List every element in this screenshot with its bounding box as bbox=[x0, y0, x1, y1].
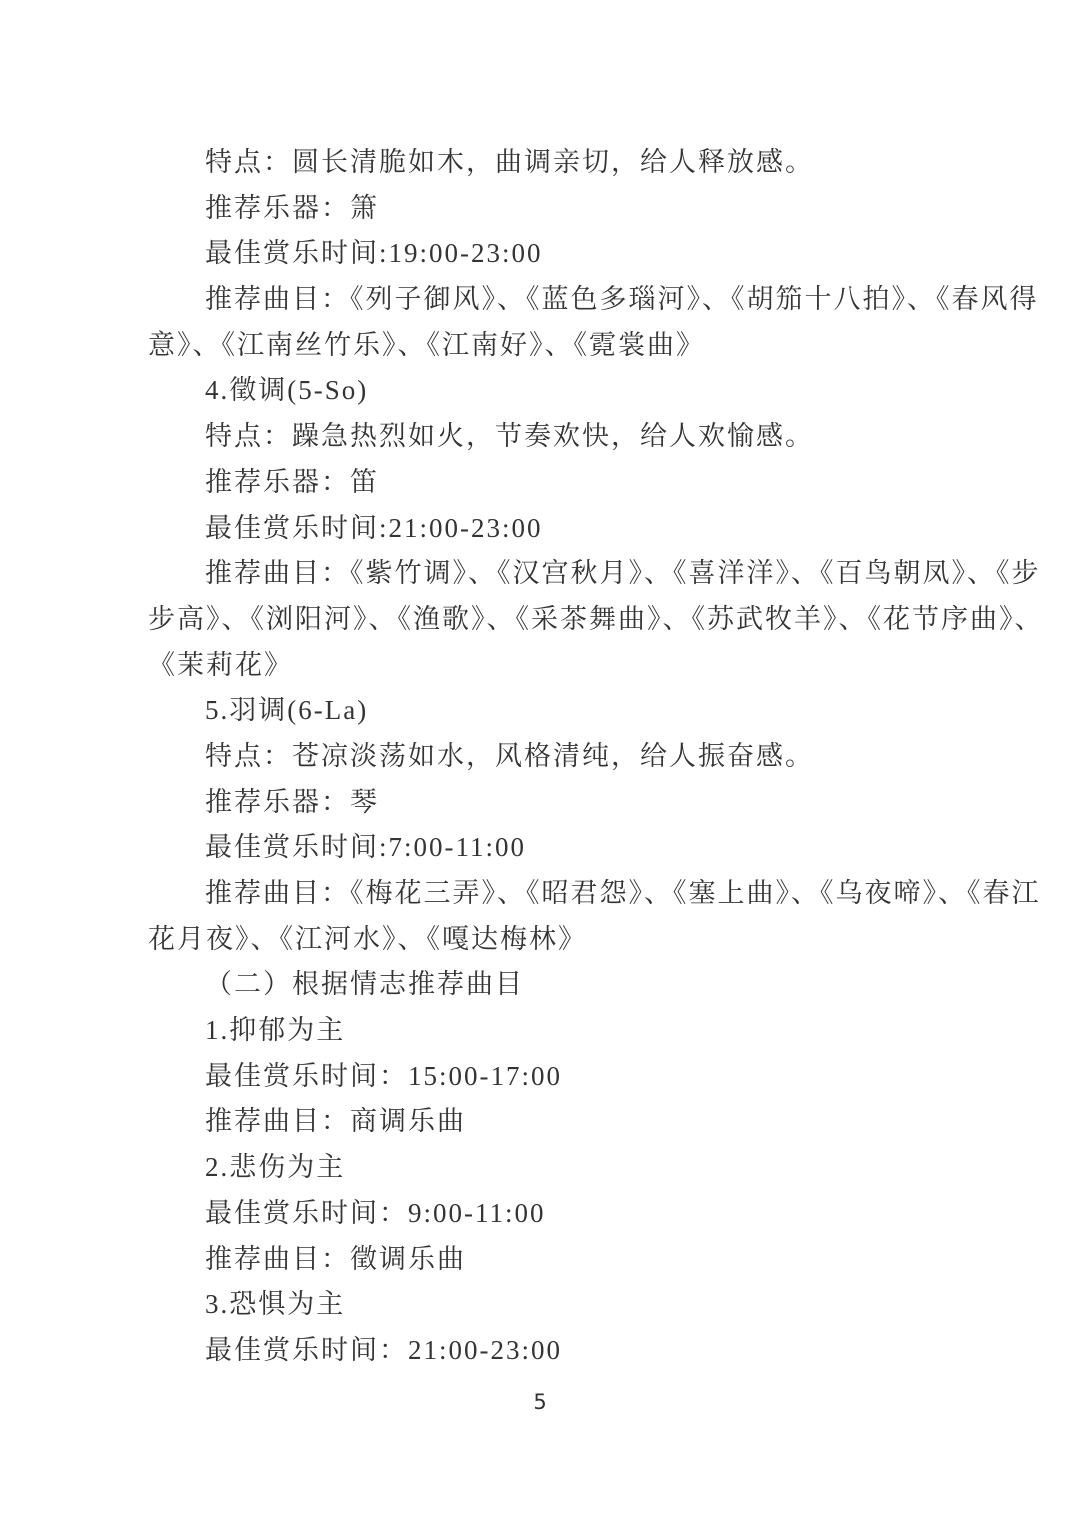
document-page: 特点：圆长清脆如木，曲调亲切，给人释放感。推荐乐器：箫最佳赏乐时间:19:00-… bbox=[0, 0, 1080, 1527]
text-line: 最佳赏乐时间:7:00-11:00 bbox=[148, 825, 948, 871]
text-line: 最佳赏乐时间：15:00-17:00 bbox=[148, 1054, 948, 1100]
text-line: 花月夜》、《江河水》、《嘎达梅林》 bbox=[148, 917, 948, 963]
text-line: 特点：苍凉淡荡如水，风格清纯，给人振奋感。 bbox=[148, 734, 948, 780]
text-line: 5.羽调(6-La) bbox=[148, 688, 948, 734]
text-line: 3.恐惧为主 bbox=[148, 1282, 948, 1328]
text-line: 最佳赏乐时间：9:00-11:00 bbox=[148, 1191, 948, 1237]
text-line: 步高》、《浏阳河》、《渔歌》、《采茶舞曲》、《苏武牧羊》、《花节序曲》、 bbox=[148, 597, 948, 643]
text-line: 最佳赏乐时间:19:00-23:00 bbox=[148, 231, 948, 277]
text-line: 《茉莉花》 bbox=[148, 643, 948, 689]
text-line: 最佳赏乐时间:21:00-23:00 bbox=[148, 506, 948, 552]
text-line: 1.抑郁为主 bbox=[148, 1008, 948, 1054]
text-line: 特点：圆长清脆如木，曲调亲切，给人释放感。 bbox=[148, 140, 948, 186]
text-line: 推荐曲目：商调乐曲 bbox=[148, 1099, 948, 1145]
text-line: 意》、《江南丝竹乐》、《江南好》、《霓裳曲》 bbox=[148, 323, 948, 369]
text-line: 推荐曲目：徵调乐曲 bbox=[148, 1237, 948, 1283]
text-line: 特点：躁急热烈如火，节奏欢快，给人欢愉感。 bbox=[148, 414, 948, 460]
text-line: 推荐乐器：箫 bbox=[148, 186, 948, 232]
text-line: 推荐曲目：《列子御风》、《蓝色多瑙河》、《胡笳十八拍》、《春风得 bbox=[148, 277, 948, 323]
text-line: 最佳赏乐时间：21:00-23:00 bbox=[148, 1328, 948, 1374]
document-body: 特点：圆长清脆如木，曲调亲切，给人释放感。推荐乐器：箫最佳赏乐时间:19:00-… bbox=[148, 140, 948, 1374]
text-line: （二）根据情志推荐曲目 bbox=[148, 962, 948, 1008]
text-line: 2.悲伤为主 bbox=[148, 1145, 948, 1191]
page-number: 5 bbox=[0, 1390, 1080, 1414]
text-line: 推荐曲目：《梅花三弄》、《昭君怨》、《塞上曲》、《乌夜啼》、《春江 bbox=[148, 871, 948, 917]
text-line: 推荐乐器：琴 bbox=[148, 780, 948, 826]
text-line: 4.徵调(5-So) bbox=[148, 368, 948, 414]
text-line: 推荐曲目：《紫竹调》、《汉宫秋月》、《喜洋洋》、《百鸟朝凤》、《步 bbox=[148, 551, 948, 597]
text-line: 推荐乐器：笛 bbox=[148, 460, 948, 506]
